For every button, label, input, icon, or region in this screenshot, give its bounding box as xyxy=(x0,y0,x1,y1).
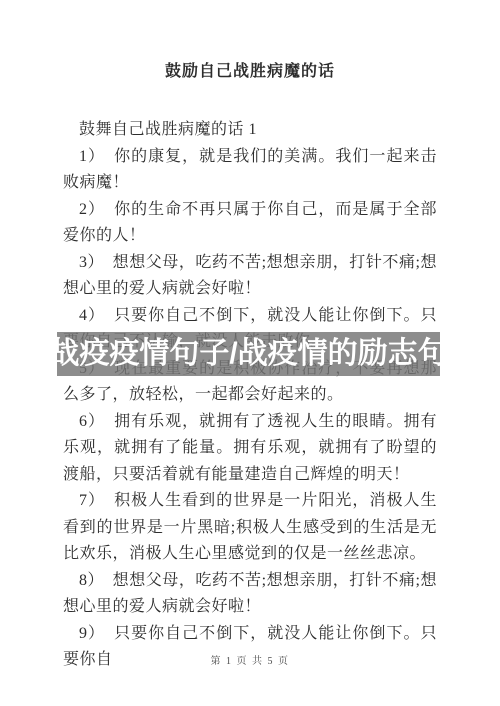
paragraph-section-heading: 鼓舞自己战胜病魔的话 1 xyxy=(63,117,437,144)
watermark-banner-text: 战疫疫情句子/战疫情的励志句 xyxy=(49,339,447,369)
page-footer: 第 1 页 共 5 页 xyxy=(0,652,500,667)
document-title: 鼓励自己战胜病魔的话 xyxy=(63,62,437,82)
paragraph-item-2: 2） 你的生命不再只属于你自己，而是属于全部爱你的人！ xyxy=(63,197,437,250)
paragraph-item-7: 7） 积极人生看到的世界是一片阳光，消极人生看到的世界是一片黑暗;积极人生感受到… xyxy=(63,488,437,568)
document-body: 鼓舞自己战胜病魔的话 1 1） 你的康复，就是我们的美满。我们一起来击败病魔！ … xyxy=(63,117,437,674)
paragraph-item-8: 8） 想想父母，吃药不苦;想想亲朋，打针不痛;想想心里的爱人病就会好啦！ xyxy=(63,568,437,621)
document-page: 鼓励自己战胜病魔的话 鼓舞自己战胜病魔的话 1 1） 你的康复，就是我们的美满。… xyxy=(0,0,500,706)
paragraph-item-3: 3） 想想父母，吃药不苦;想想亲朋，打针不痛;想想心里的爱人病就会好啦！ xyxy=(63,250,437,303)
paragraph-item-6: 6） 拥有乐观，就拥有了透视人生的眼睛。拥有乐观，就拥有了能量。拥有乐观，就拥有… xyxy=(63,409,437,489)
paragraph-item-1: 1） 你的康复，就是我们的美满。我们一起来击败病魔！ xyxy=(63,144,437,197)
watermark-banner: 战疫疫情句子/战疫情的励志句 xyxy=(57,332,440,376)
